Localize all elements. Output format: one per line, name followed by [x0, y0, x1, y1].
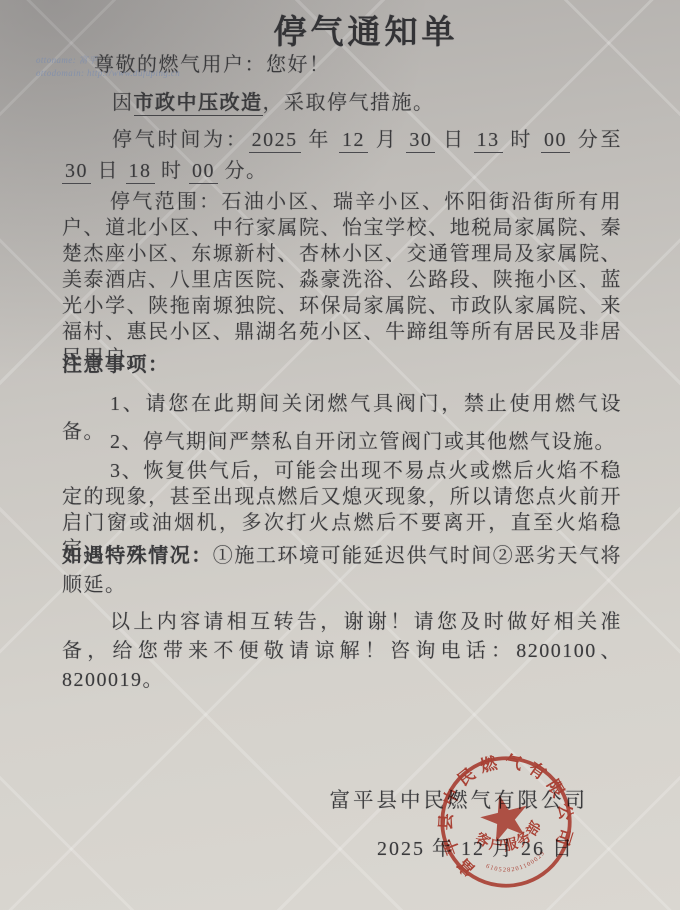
- watermark-line-1: ottoname: 富平: [36, 54, 180, 67]
- shutoff-scope-paragraph: 停气范围：石油小区、瑞辛小区、怀阳街沿街所有用户、道北小区、中行家属院、怡宝学校…: [62, 189, 622, 371]
- closing-paragraph: 以上内容请相互转告，谢谢！请您及时做好相关准备，给您带来不便敬请谅解！咨询电话：…: [62, 608, 622, 695]
- note-item-2: 2、停气期间严禁私自开闭立管阀门或其他燃气设施。: [62, 428, 622, 456]
- time-unit: 日: [91, 160, 126, 182]
- notice-document: 停气通知单 尊敬的燃气用户：您好！ 因市政中压改造，采取停气措施。 停气时间为：…: [0, 0, 680, 910]
- time-day: 30: [406, 129, 435, 153]
- time-minute-start: 00: [541, 129, 570, 153]
- time-unit: 时: [503, 129, 541, 151]
- notice-title: 停气通知单: [26, 6, 680, 53]
- watermark-line-2: ottodomain: http://www.dufuping.cn: [36, 67, 180, 80]
- time-year: 2025: [249, 129, 301, 153]
- reason-line: 因市政中压改造，采取停气措施。: [62, 88, 622, 118]
- time-unit: 年: [301, 129, 339, 151]
- notice-photo-page: ottoname: 富平 ottodomain: http://www.dufu…: [0, 0, 680, 910]
- special-cases-label: 如遇特殊情况：: [62, 545, 213, 567]
- time-minute-end: 00: [189, 160, 218, 184]
- time-unit: 分至: [570, 129, 622, 151]
- time-month: 12: [339, 129, 368, 153]
- time-label: 停气时间为：: [112, 129, 249, 151]
- reason-suffix: ，采取停气措施。: [263, 92, 435, 114]
- shutoff-time-paragraph: 停气时间为：2025 年 12 月 30 日 13 时 00 分至 30 日 1…: [62, 125, 622, 187]
- site-watermark: ottoname: 富平 ottodomain: http://www.dufu…: [36, 54, 180, 80]
- special-cases-paragraph: 如遇特殊情况：①施工环境可能延迟供气时间②恶劣天气将顺延。: [62, 542, 622, 600]
- reason-prefix: 因: [112, 92, 134, 114]
- notes-heading: 注意事项：: [62, 351, 622, 379]
- time-hour-end: 18: [126, 160, 155, 184]
- time-day-end: 30: [62, 160, 91, 184]
- time-unit: 分。: [218, 160, 268, 182]
- time-unit: 月: [368, 129, 406, 151]
- time-hour-start: 13: [474, 129, 503, 153]
- reason-highlight: 市政中压改造: [134, 92, 263, 116]
- time-unit: 日: [435, 129, 473, 151]
- time-unit: 时: [155, 160, 190, 182]
